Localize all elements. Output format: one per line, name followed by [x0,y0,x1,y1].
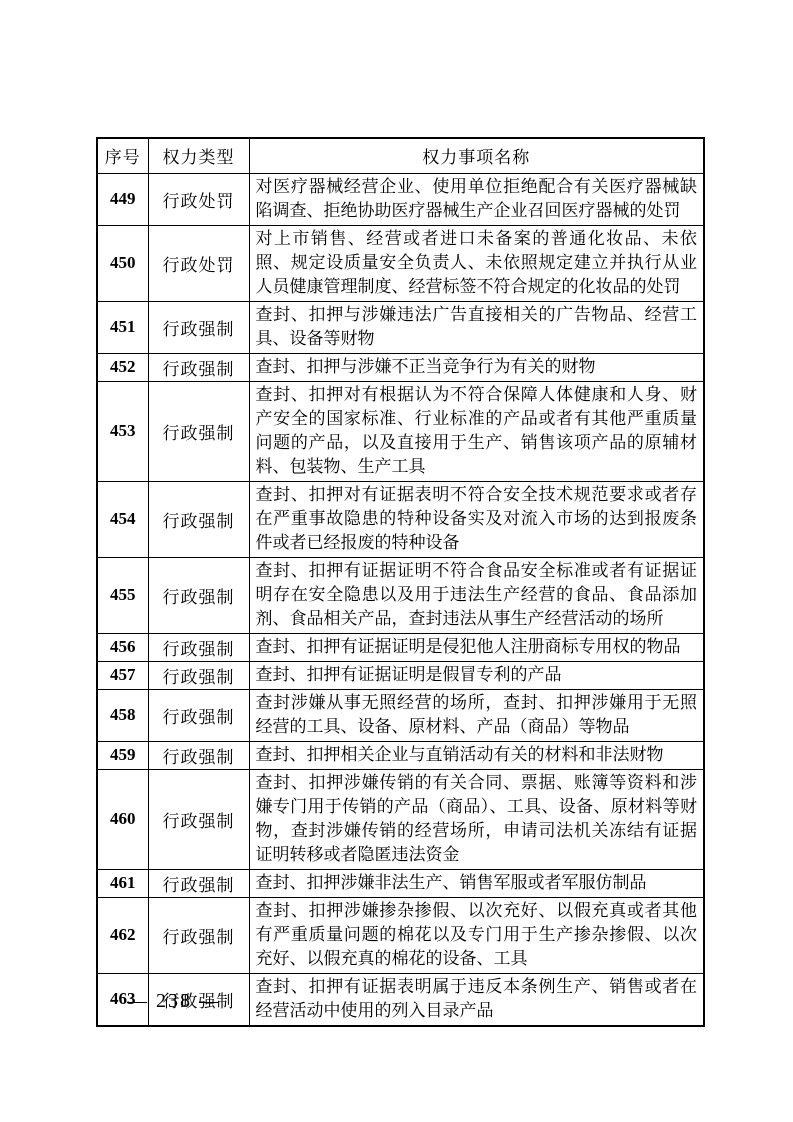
power-item-name-cell: 对上市销售、经营或者进口未备案的普通化妆品、未依照、规定设质量安全负责人、未依照… [249,225,704,301]
power-item-name-cell: 查封、扣押有证据证明是侵犯他人注册商标专用权的物品 [249,633,704,661]
row-serial-number: 450 [97,225,148,301]
row-serial-number: 455 [97,557,148,633]
row-serial-number: 461 [97,869,148,897]
table-row: 454行政强制查封、扣押对有证据表明不符合安全技术规范要求或者存在严重事故隐患的… [97,481,704,557]
power-item-name-cell: 查封涉嫌从事无照经营的场所，查封、扣押涉嫌用于无照经营的工具、设备、原材料、产品… [249,689,704,741]
power-type-cell: 行政强制 [148,381,249,481]
table-row: 451行政强制查封、扣押与涉嫌违法广告直接相关的广告物品、经营工具、设备等财物 [97,301,704,353]
row-serial-number: 454 [97,481,148,557]
row-serial-number: 460 [97,769,148,869]
column-header-serial-number: 序号 [97,138,148,173]
power-type-cell: 行政强制 [148,353,249,381]
table-row: 460行政强制查封、扣押涉嫌传销的有关合同、票据、账簿等资料和涉嫌专门用于传销的… [97,769,704,869]
row-serial-number: 449 [97,173,148,225]
power-type-cell: 行政强制 [148,869,249,897]
power-item-name-cell: 查封、扣押涉嫌非法生产、销售军服或者军服仿制品 [249,869,704,897]
row-serial-number: 451 [97,301,148,353]
table-row: 456行政强制查封、扣押有证据证明是侵犯他人注册商标专用权的物品 [97,633,704,661]
power-item-name-cell: 查封、扣押有证据表明属于违反本条例生产、销售或者在经营活动中使用的列入目录产品 [249,973,704,1026]
power-items-table: 序号权力类型权力事项名称 449行政处罚对医疗器械经营企业、使用单位拒绝配合有关… [96,137,705,1027]
power-type-cell: 行政强制 [148,481,249,557]
power-item-name-cell: 查封、扣押与涉嫌违法广告直接相关的广告物品、经营工具、设备等财物 [249,301,704,353]
table-row: 453行政强制查封、扣押对有根据认为不符合保障人体健康和人身、财产安全的国家标准… [97,381,704,481]
table-row: 462行政强制查封、扣押涉嫌掺杂掺假、以次充好、以假充真或者其他有严重质量问题的… [97,897,704,973]
row-serial-number: 458 [97,689,148,741]
power-item-name-cell: 对医疗器械经营企业、使用单位拒绝配合有关医疗器械缺陷调查、拒绝协助医疗器械生产企… [249,173,704,225]
power-type-cell: 行政处罚 [148,225,249,301]
page-number: — 238 — [127,990,221,1013]
power-item-name-cell: 查封、扣押涉嫌掺杂掺假、以次充好、以假充真或者其他有严重质量问题的棉花以及专门用… [249,897,704,973]
table-header-row: 序号权力类型权力事项名称 [97,138,704,173]
power-item-name-cell: 查封、扣押相关企业与直销活动有关的材料和非法财物 [249,741,704,769]
power-item-name-cell: 查封、扣押与涉嫌不正当竞争行为有关的财物 [249,353,704,381]
power-type-cell: 行政强制 [148,661,249,689]
power-item-name-cell: 查封、扣押有证据证明是假冒专利的产品 [249,661,704,689]
row-serial-number: 459 [97,741,148,769]
power-type-cell: 行政强制 [148,689,249,741]
power-type-cell: 行政强制 [148,769,249,869]
row-serial-number: 462 [97,897,148,973]
row-serial-number: 453 [97,381,148,481]
table-row: 452行政强制查封、扣押与涉嫌不正当竞争行为有关的财物 [97,353,704,381]
power-item-name-cell: 查封、扣押有证据证明不符合食品安全标准或者有证据证明存在安全隐患以及用于违法生产… [249,557,704,633]
table-row: 450行政处罚对上市销售、经营或者进口未备案的普通化妆品、未依照、规定设质量安全… [97,225,704,301]
power-type-cell: 行政强制 [148,897,249,973]
power-type-cell: 行政强制 [148,633,249,661]
row-serial-number: 457 [97,661,148,689]
table-row: 458行政强制查封涉嫌从事无照经营的场所，查封、扣押涉嫌用于无照经营的工具、设备… [97,689,704,741]
column-header-power-item-name: 权力事项名称 [249,138,704,173]
table-row: 449行政处罚对医疗器械经营企业、使用单位拒绝配合有关医疗器械缺陷调查、拒绝协助… [97,173,704,225]
power-item-name-cell: 查封、扣押对有证据表明不符合安全技术规范要求或者存在严重事故隐患的特种设备实及对… [249,481,704,557]
row-serial-number: 456 [97,633,148,661]
power-item-name-cell: 查封、扣押对有根据认为不符合保障人体健康和人身、财产安全的国家标准、行业标准的产… [249,381,704,481]
table-row: 457行政强制查封、扣押有证据证明是假冒专利的产品 [97,661,704,689]
power-item-name-cell: 查封、扣押涉嫌传销的有关合同、票据、账簿等资料和涉嫌专门用于传销的产品（商品）、… [249,769,704,869]
power-type-cell: 行政强制 [148,301,249,353]
table-row: 459行政强制查封、扣押相关企业与直销活动有关的材料和非法财物 [97,741,704,769]
power-type-cell: 行政处罚 [148,173,249,225]
column-header-power-type: 权力类型 [148,138,249,173]
table-row: 455行政强制查封、扣押有证据证明不符合食品安全标准或者有证据证明存在安全隐患以… [97,557,704,633]
power-type-cell: 行政强制 [148,741,249,769]
power-type-cell: 行政强制 [148,557,249,633]
table-row: 461行政强制查封、扣押涉嫌非法生产、销售军服或者军服仿制品 [97,869,704,897]
row-serial-number: 452 [97,353,148,381]
